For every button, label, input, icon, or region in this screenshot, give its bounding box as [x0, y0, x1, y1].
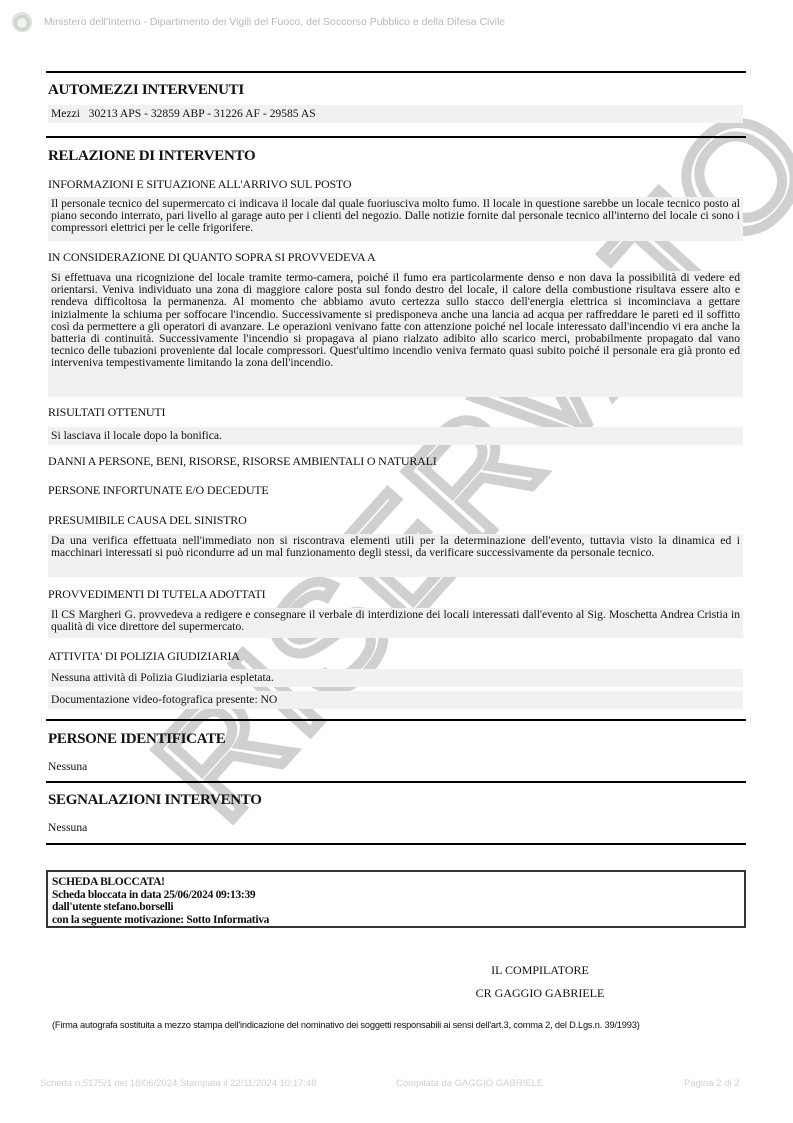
section-divider	[46, 781, 746, 783]
automezzi-title: AUTOMEZZI INTERVENUTI	[48, 82, 244, 99]
section-text-tutela: Il CS Margheri G. provvedeva a redigere …	[48, 608, 743, 638]
ministry-name: Ministero dell'Interno - Dipartimento de…	[44, 16, 505, 28]
section-divider	[46, 136, 746, 138]
section-heading-causa: PRESUMIBILE CAUSA DEL SINISTRO	[48, 513, 247, 528]
section-heading-persone-infortunate: PERSONE INFORTUNATE E/O DECEDUTE	[48, 483, 269, 498]
section-divider	[46, 71, 746, 73]
legal-note: (Firma autografa sostituita a mezzo stam…	[52, 1020, 640, 1030]
italian-republic-emblem-icon	[12, 12, 32, 32]
section-text-documentazione: Documentazione video-fotografica present…	[48, 691, 743, 709]
footer-scheda-info: Scheda n.5175/1 del 18/06/2024 Stampata …	[40, 1078, 317, 1089]
signature-role: IL COMPILATORE	[440, 963, 640, 978]
segnalazioni-title: SEGNALAZIONI INTERVENTO	[48, 792, 262, 809]
lock-title: SCHEDA BLOCCATA!	[52, 876, 740, 889]
page-header: Ministero dell'Interno - Dipartimento de…	[12, 10, 505, 34]
section-text-informazioni: Il personale tecnico del supermercato ci…	[48, 197, 743, 241]
section-text-risultati: Si lasciava il locale dopo la bonifica.	[48, 427, 743, 445]
lock-reason: con la seguente motivazione: Sotto Infor…	[52, 914, 740, 927]
persone-identificate-value: Nessuna	[48, 760, 87, 773]
section-heading-informazioni: INFORMAZIONI E SITUAZIONE ALL'ARRIVO SUL…	[48, 177, 351, 192]
lock-date: Scheda bloccata in data 25/06/2024 09:13…	[52, 889, 740, 902]
section-heading-danni: DANNI A PERSONE, BENI, RISORSE, RISORSE …	[48, 454, 437, 469]
relazione-title: RELAZIONE DI INTERVENTO	[48, 148, 255, 165]
mezzi-value: 30213 APS - 32859 ABP - 31226 AF - 29585…	[89, 107, 316, 120]
footer-page-number: Pagina 2 di 2	[684, 1078, 739, 1089]
footer-compilata: Compilata da GAGGIO GABRIELE	[396, 1078, 543, 1089]
section-text-provvedeva: Si effettuava una ricognizione del local…	[48, 271, 743, 397]
section-divider	[46, 843, 746, 845]
section-divider	[46, 719, 746, 721]
section-heading-risultati: RISULTATI OTTENUTI	[48, 405, 165, 420]
section-text-causa: Da una verifica effettuata nell'immediat…	[48, 534, 743, 577]
persone-identificate-title: PERSONE IDENTIFICATE	[48, 731, 226, 748]
lock-user: dall'utente stefano.borselli	[52, 901, 740, 914]
scheda-bloccata-notice: SCHEDA BLOCCATA! Scheda bloccata in data…	[46, 870, 746, 928]
section-heading-polizia: ATTIVITA' DI POLIZIA GIUDIZIARIA	[48, 649, 240, 664]
mezzi-label: Mezzi	[51, 107, 80, 120]
signature-name: CR GAGGIO GABRIELE	[440, 986, 640, 1001]
mezzi-row: Mezzi 30213 APS - 32859 ABP - 31226 AF -…	[48, 105, 743, 123]
segnalazioni-value: Nessuna	[48, 821, 87, 834]
section-heading-tutela: PROVVEDIMENTI DI TUTELA ADOTTATI	[48, 587, 265, 602]
section-text-polizia: Nessuna attività di Polizia Giudiziaria …	[48, 669, 743, 687]
section-heading-provvedeva: IN CONSIDERAZIONE DI QUANTO SOPRA SI PRO…	[48, 250, 375, 265]
